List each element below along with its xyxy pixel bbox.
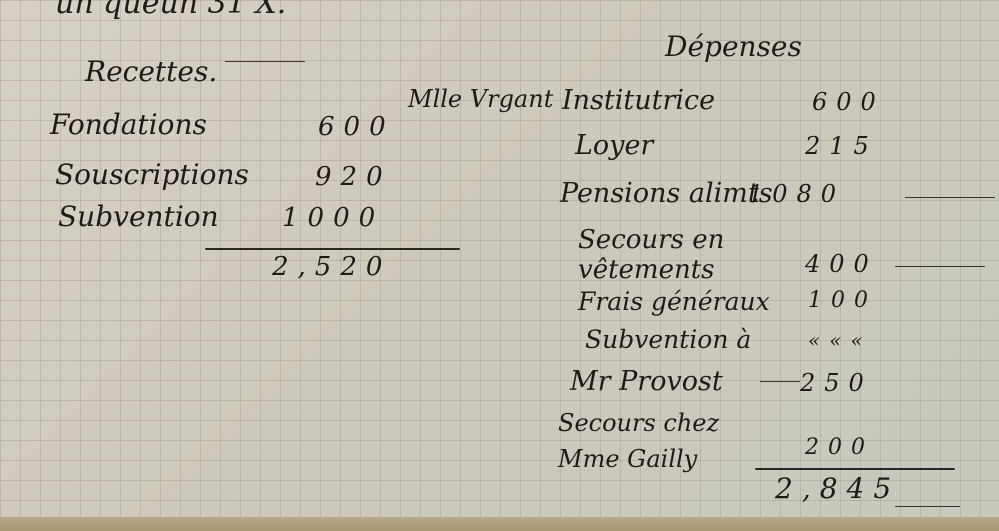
recettes-item-amount: 1000	[282, 203, 384, 233]
depenses-item-amount: 215	[805, 132, 878, 160]
depenses-total: 2,845	[775, 472, 900, 505]
leader-line	[760, 381, 800, 382]
recettes-total: 2,520	[272, 252, 391, 282]
depenses-title: Dépenses	[665, 30, 802, 63]
recettes-item-amount: 600	[318, 112, 395, 142]
depenses-item-amount: 600	[812, 88, 885, 116]
depenses-item-label: Institutrice	[562, 85, 715, 116]
depenses-item-amount: 1080	[748, 180, 845, 208]
recettes-title: Recettes.	[85, 55, 217, 88]
depenses-item-label: Frais généraux	[578, 287, 770, 316]
page-bottom-edge	[0, 517, 999, 531]
recettes-item-label: Souscriptions	[55, 158, 249, 191]
recettes-total-rule	[205, 248, 460, 250]
recettes-item-amount: 920	[315, 162, 392, 192]
depenses-item-amount: «««	[808, 328, 872, 352]
title-underline	[225, 61, 305, 62]
depenses-item-label: Mr Provost	[570, 366, 723, 397]
header-fragment: un queun 31 X.	[55, 0, 286, 21]
depenses-item-label: Secours chez Mme Gailly	[558, 405, 738, 477]
depenses-item-label: Pensions alimts	[560, 178, 773, 209]
depenses-total-rule	[755, 468, 955, 470]
margin-line	[905, 197, 995, 198]
depenses-item-label: Loyer	[575, 130, 653, 161]
recettes-item-label: Fondations	[50, 108, 207, 141]
margin-line	[895, 506, 960, 507]
ledger-page: un queun 31 X. Recettes. Fondations 600 …	[0, 0, 999, 531]
margin-line	[895, 266, 985, 267]
depenses-item-amount: 250	[800, 369, 873, 397]
depenses-item-label: Subvention à	[585, 325, 751, 354]
depenses-prefix: Mlle Vrgant	[408, 85, 553, 113]
depenses-item-amount: 200	[805, 435, 874, 460]
recettes-item-label: Subvention	[58, 200, 219, 233]
depenses-item-amount: 100	[808, 288, 877, 313]
depenses-item-label: Secours en vêtements	[578, 225, 738, 285]
depenses-item-amount: 400	[805, 250, 878, 278]
